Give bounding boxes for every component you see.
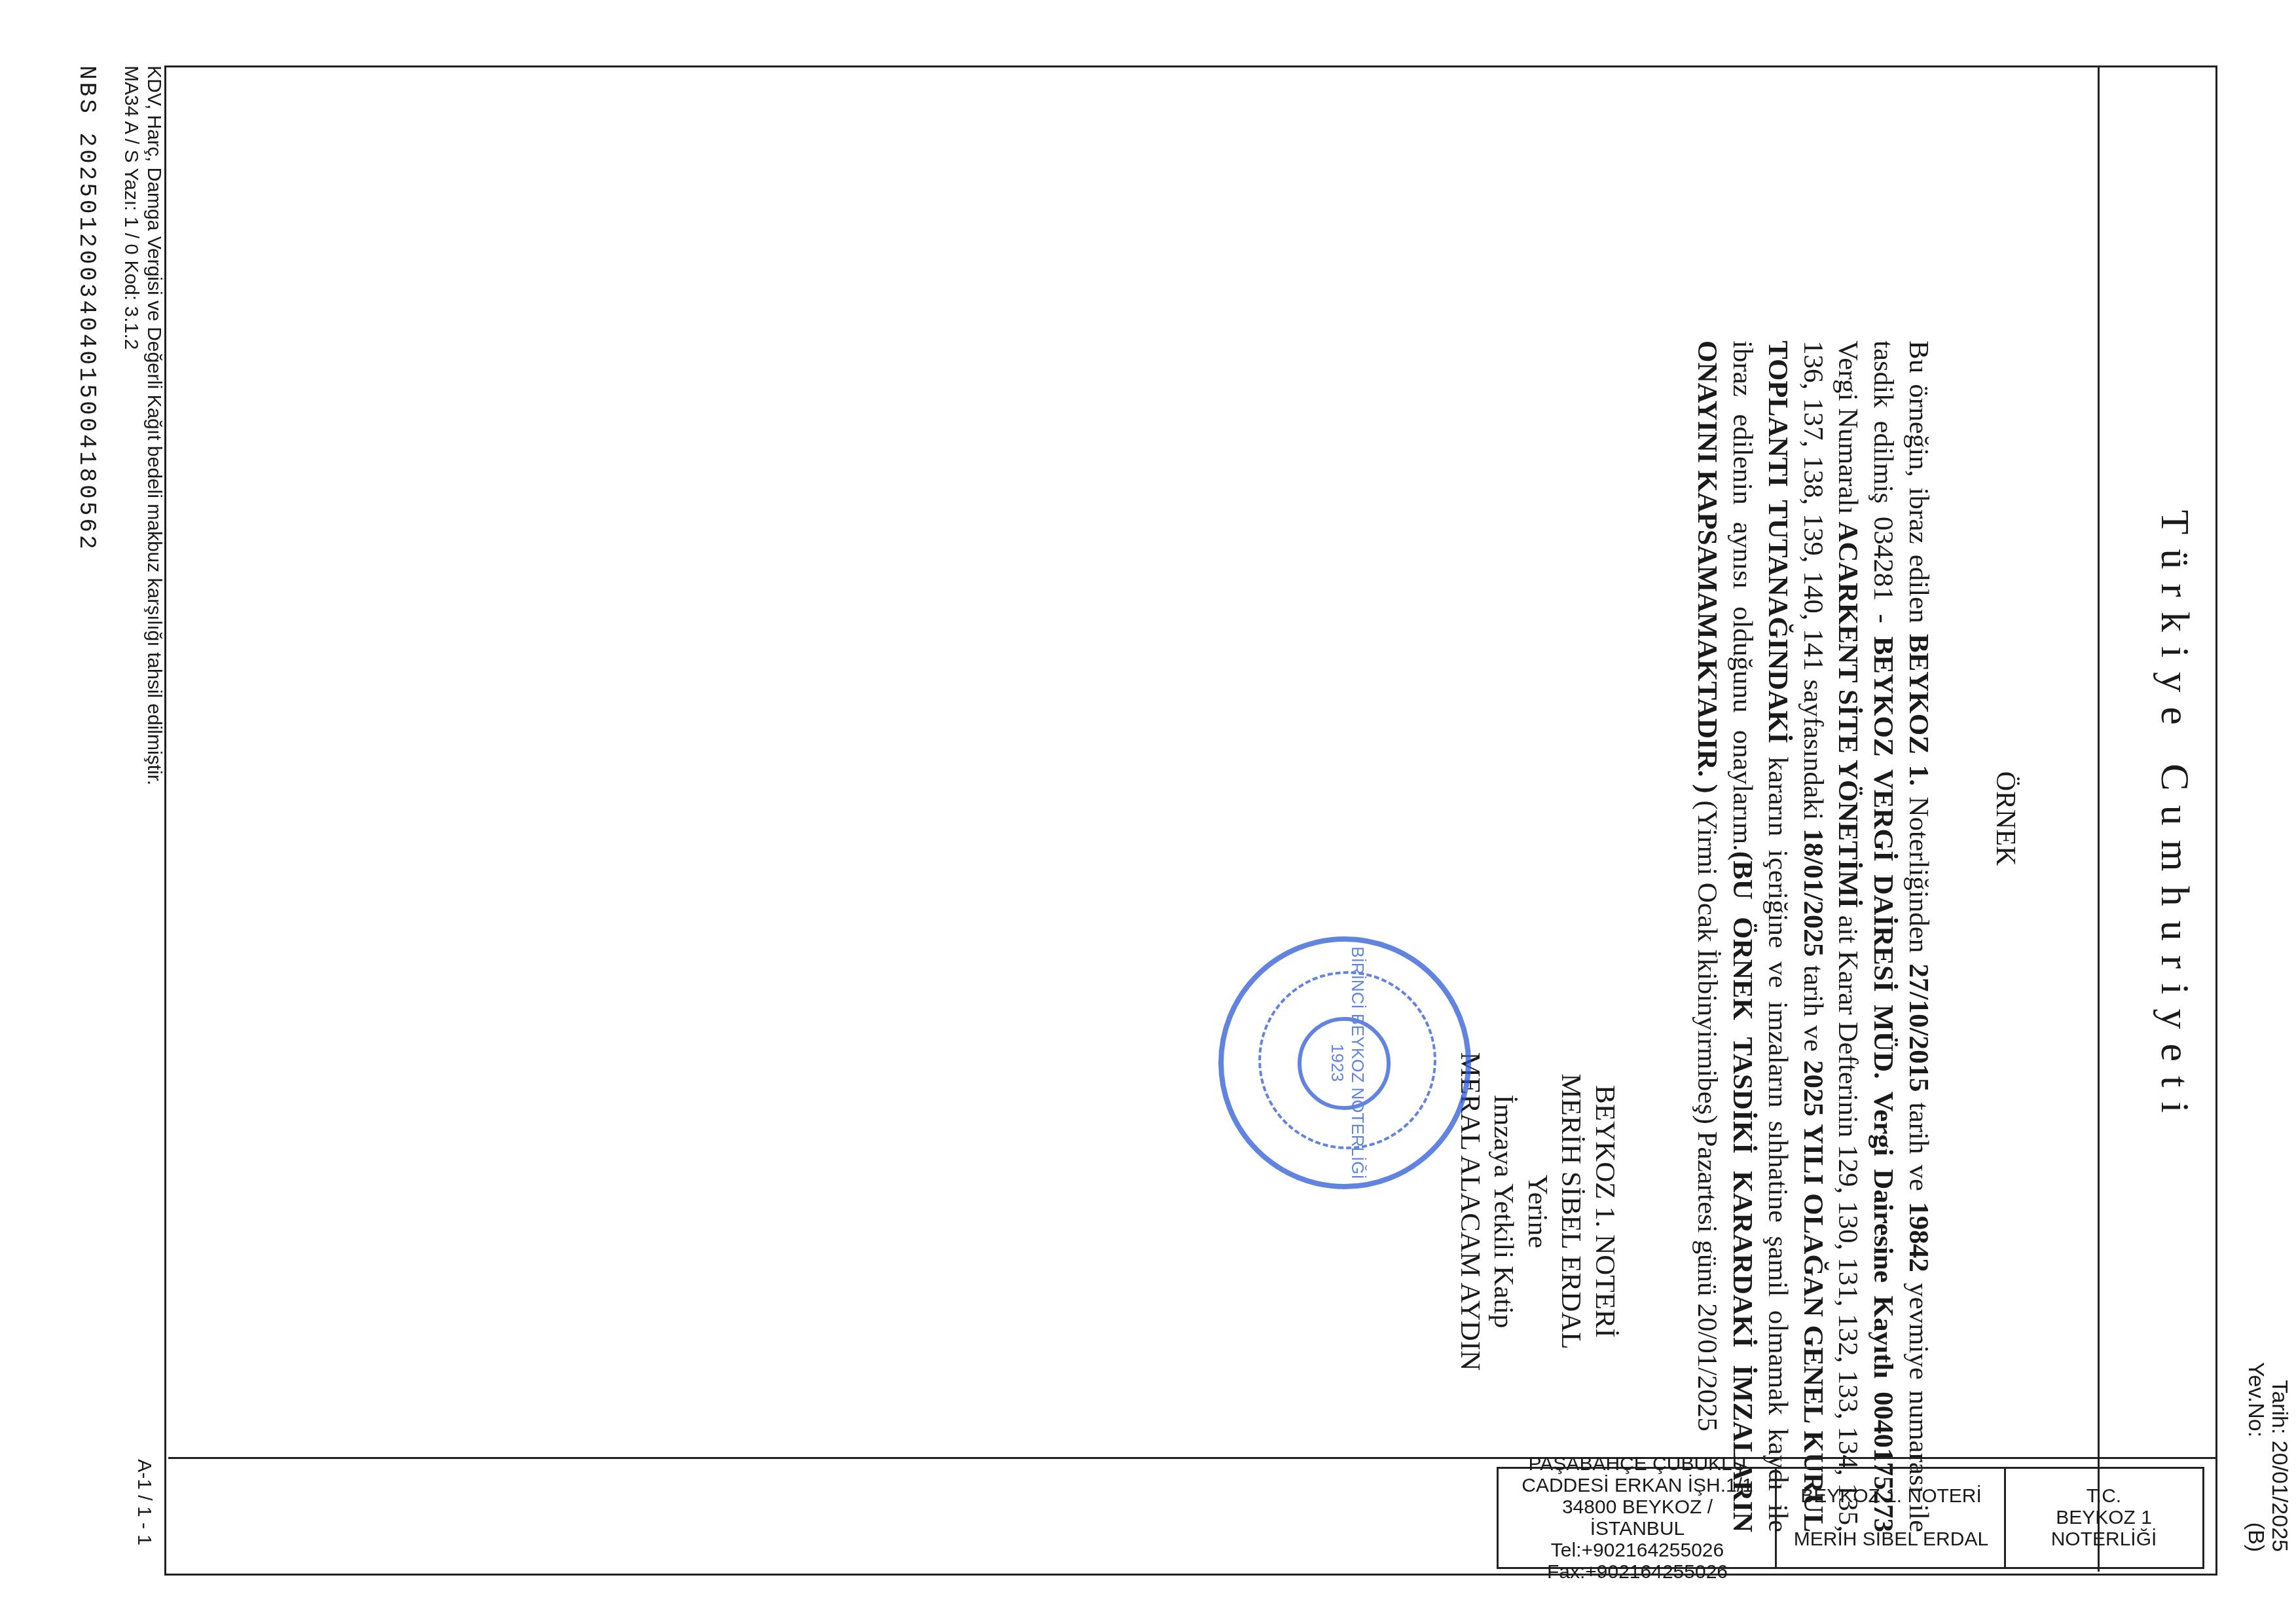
body-segment: (Yirmi Ocak İkibinyirmibeş) Pazartesi gü… — [1692, 794, 1723, 1432]
body-segment: 18/01/2025 — [1798, 828, 1829, 957]
notary-cell: BEYKOZ 1. NOTERİ MERİH SİBEL ERDAL — [1775, 1469, 2006, 1567]
notary-name: MERİH SİBEL ERDAL — [1554, 1015, 1588, 1408]
title-divider — [2098, 65, 2100, 1572]
notary-document-page: Tarih: 20/01/2025 Yev.No: (B) Türkiye Cu… — [0, 0, 2296, 1624]
yev-no-label: Yev.No: (B) — [2244, 1362, 2268, 1552]
page-number: A-1 / 1 - 1 — [133, 1459, 155, 1545]
certification-body: Bu örneğin, ibraz edilen BEYKOZ 1. Noter… — [1690, 341, 1936, 1532]
body-segment: Noterliğinden — [1903, 786, 1934, 963]
document-meta: Tarih: 20/01/2025 Yev.No: (B) — [2244, 1362, 2291, 1552]
nbs-number: NBS 2025012003404015004180562 — [73, 65, 100, 1572]
body-segment: tarih ve — [1903, 1092, 1934, 1202]
notary-office-box: T.C. BEYKOZ 1 NOTERLİĞİ BEYKOZ 1. NOTERİ… — [1497, 1467, 2204, 1569]
on-behalf-label: Yerine — [1520, 1015, 1554, 1408]
notary-title: BEYKOZ 1. NOTERİ — [1588, 1015, 1622, 1408]
document-footer: KDV, Harç, Damga Vergisi ve Değerli Kağı… — [73, 65, 165, 1572]
authorized-clerk-label: İmzaya Yetkili Katip — [1487, 1015, 1521, 1408]
body-segment: BEYKOZ VERGİ DAİRESİ MÜD. Vergi Dairesin… — [1868, 637, 1899, 1532]
reference-code: MA34 A / S Yazı: 1 / 0 Kod: 3.1.2 — [120, 65, 143, 1572]
document-title: Türkiye Cumhuriyeti — [2151, 65, 2198, 1572]
document-heading: ÖRNEK — [1990, 65, 2021, 1572]
body-segment: Vergi Numaralı — [1833, 341, 1864, 522]
body-segment: Bu örneğin, ibraz edilen — [1903, 341, 1934, 634]
tax-note: KDV, Harç, Damga Vergisi ve Değerli Kağı… — [143, 65, 166, 1572]
office-name-cell: T.C. BEYKOZ 1 NOTERLİĞİ — [2004, 1469, 2202, 1567]
notary-seal-stamp: BİRİNCİ BEYKOZ NOTERLİĞİ 1923 — [1218, 936, 1471, 1189]
signature-block: BEYKOZ 1. NOTERİ MERİH SİBEL ERDAL Yerin… — [1453, 1015, 1622, 1408]
date-label: Tarih: 20/01/2025 — [2267, 1362, 2291, 1552]
body-segment: BEYKOZ 1. — [1903, 634, 1934, 786]
body-segment: ACARKENT SİTE YÖNETİMİ — [1833, 522, 1864, 908]
body-segment: tarih ve — [1798, 957, 1829, 1060]
address-cell: PAŞABAHÇE ÇUBUKLU CADDESİ ERKAN İŞH.1/1 … — [1499, 1469, 1777, 1567]
body-segment: 19842 — [1903, 1202, 1934, 1272]
seal-text: BİRİNCİ BEYKOZ NOTERLİĞİ 1923 — [1327, 942, 1368, 1184]
seal-center-ring — [1298, 1017, 1391, 1110]
body-segment: 27/10/2015 — [1903, 964, 1934, 1092]
